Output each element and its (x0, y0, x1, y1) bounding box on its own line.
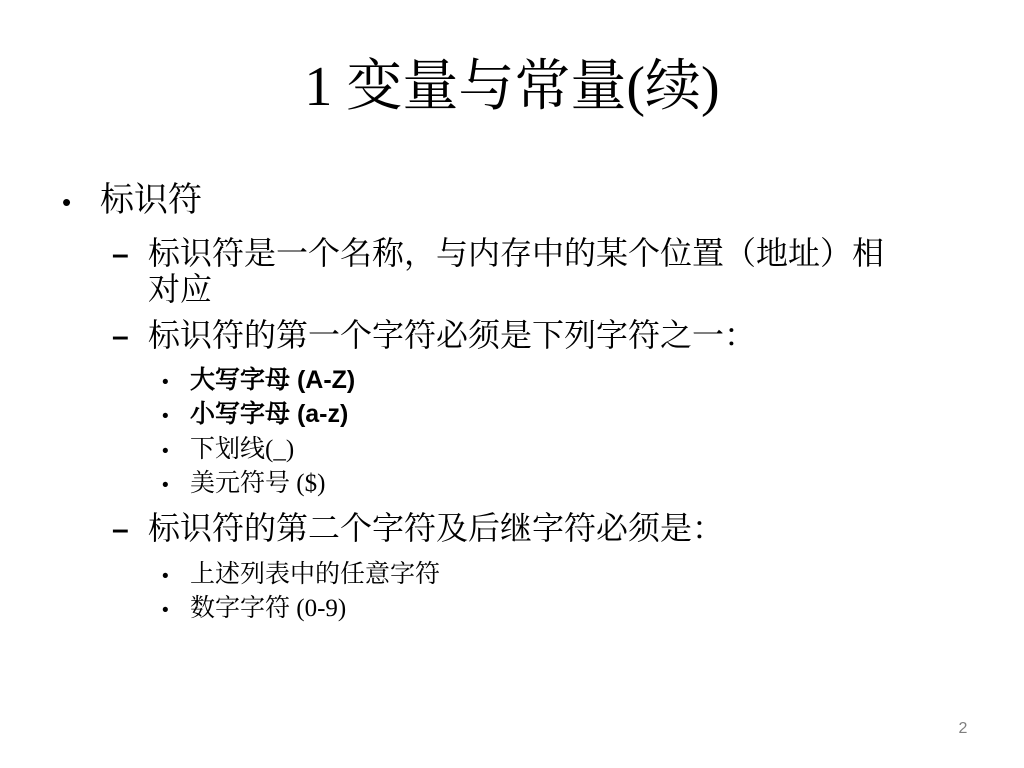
list-item-label: 大写字母 (A-Z) (190, 364, 355, 398)
bullet-icon: • (62, 186, 100, 219)
list-item-level3: • 小写字母 (a-z) (162, 398, 982, 432)
slide-content: • 标识符 – 标识符是一个名称，与内存中的某个位置（地址）相对应 – 标识符的… (62, 180, 982, 627)
list-item-label: 标识符是一个名称，与内存中的某个位置（地址）相对应 (148, 235, 893, 307)
list-item-level3: • 大写字母 (A-Z) (162, 364, 982, 398)
page-title: 1 变量与常量(续) (0, 50, 1024, 126)
list-item-label: 标识符的第二个字符及后继字符必须是： (148, 510, 724, 546)
bullet-icon: • (162, 564, 190, 589)
list-item-level3: • 上述列表中的任意字符 (162, 558, 982, 592)
dash-icon: – (112, 320, 148, 354)
bullet-icon: • (162, 439, 190, 464)
bullet-icon: • (162, 370, 190, 395)
list-item-label: 上述列表中的任意字符 (190, 558, 440, 592)
dash-icon: – (112, 513, 148, 547)
bullet-icon: • (162, 598, 190, 623)
list-item-level3: • 美元符号 ($) (162, 467, 982, 501)
bullet-icon: • (162, 473, 190, 498)
bullet-icon: • (162, 404, 190, 429)
list-item-label: 小写字母 (a-z) (190, 398, 348, 432)
list-item-label: 标识符 (100, 180, 202, 223)
list-item-level1: • 标识符 (62, 180, 982, 223)
list-item-label: 数字字符 (0-9) (190, 592, 346, 626)
slide: 1 变量与常量(续) • 标识符 – 标识符是一个名称，与内存中的某个位置（地址… (0, 0, 1024, 768)
list-item-label: 下划线(_) (190, 433, 294, 467)
list-item-level2: – 标识符的第二个字符及后继字符必须是： (112, 510, 982, 547)
list-item-level2: – 标识符的第一个字符必须是下列字符之一： (112, 317, 982, 354)
list-item-level3: • 下划线(_) (162, 433, 982, 467)
list-item-label: 标识符的第一个字符必须是下列字符之一： (148, 317, 756, 353)
page-number: 2 (948, 720, 978, 738)
list-item-level2: – 标识符是一个名称，与内存中的某个位置（地址）相对应 (112, 235, 982, 307)
dash-icon: – (112, 238, 148, 272)
list-item-level3: • 数字字符 (0-9) (162, 592, 982, 626)
list-item-label: 美元符号 ($) (190, 467, 325, 501)
